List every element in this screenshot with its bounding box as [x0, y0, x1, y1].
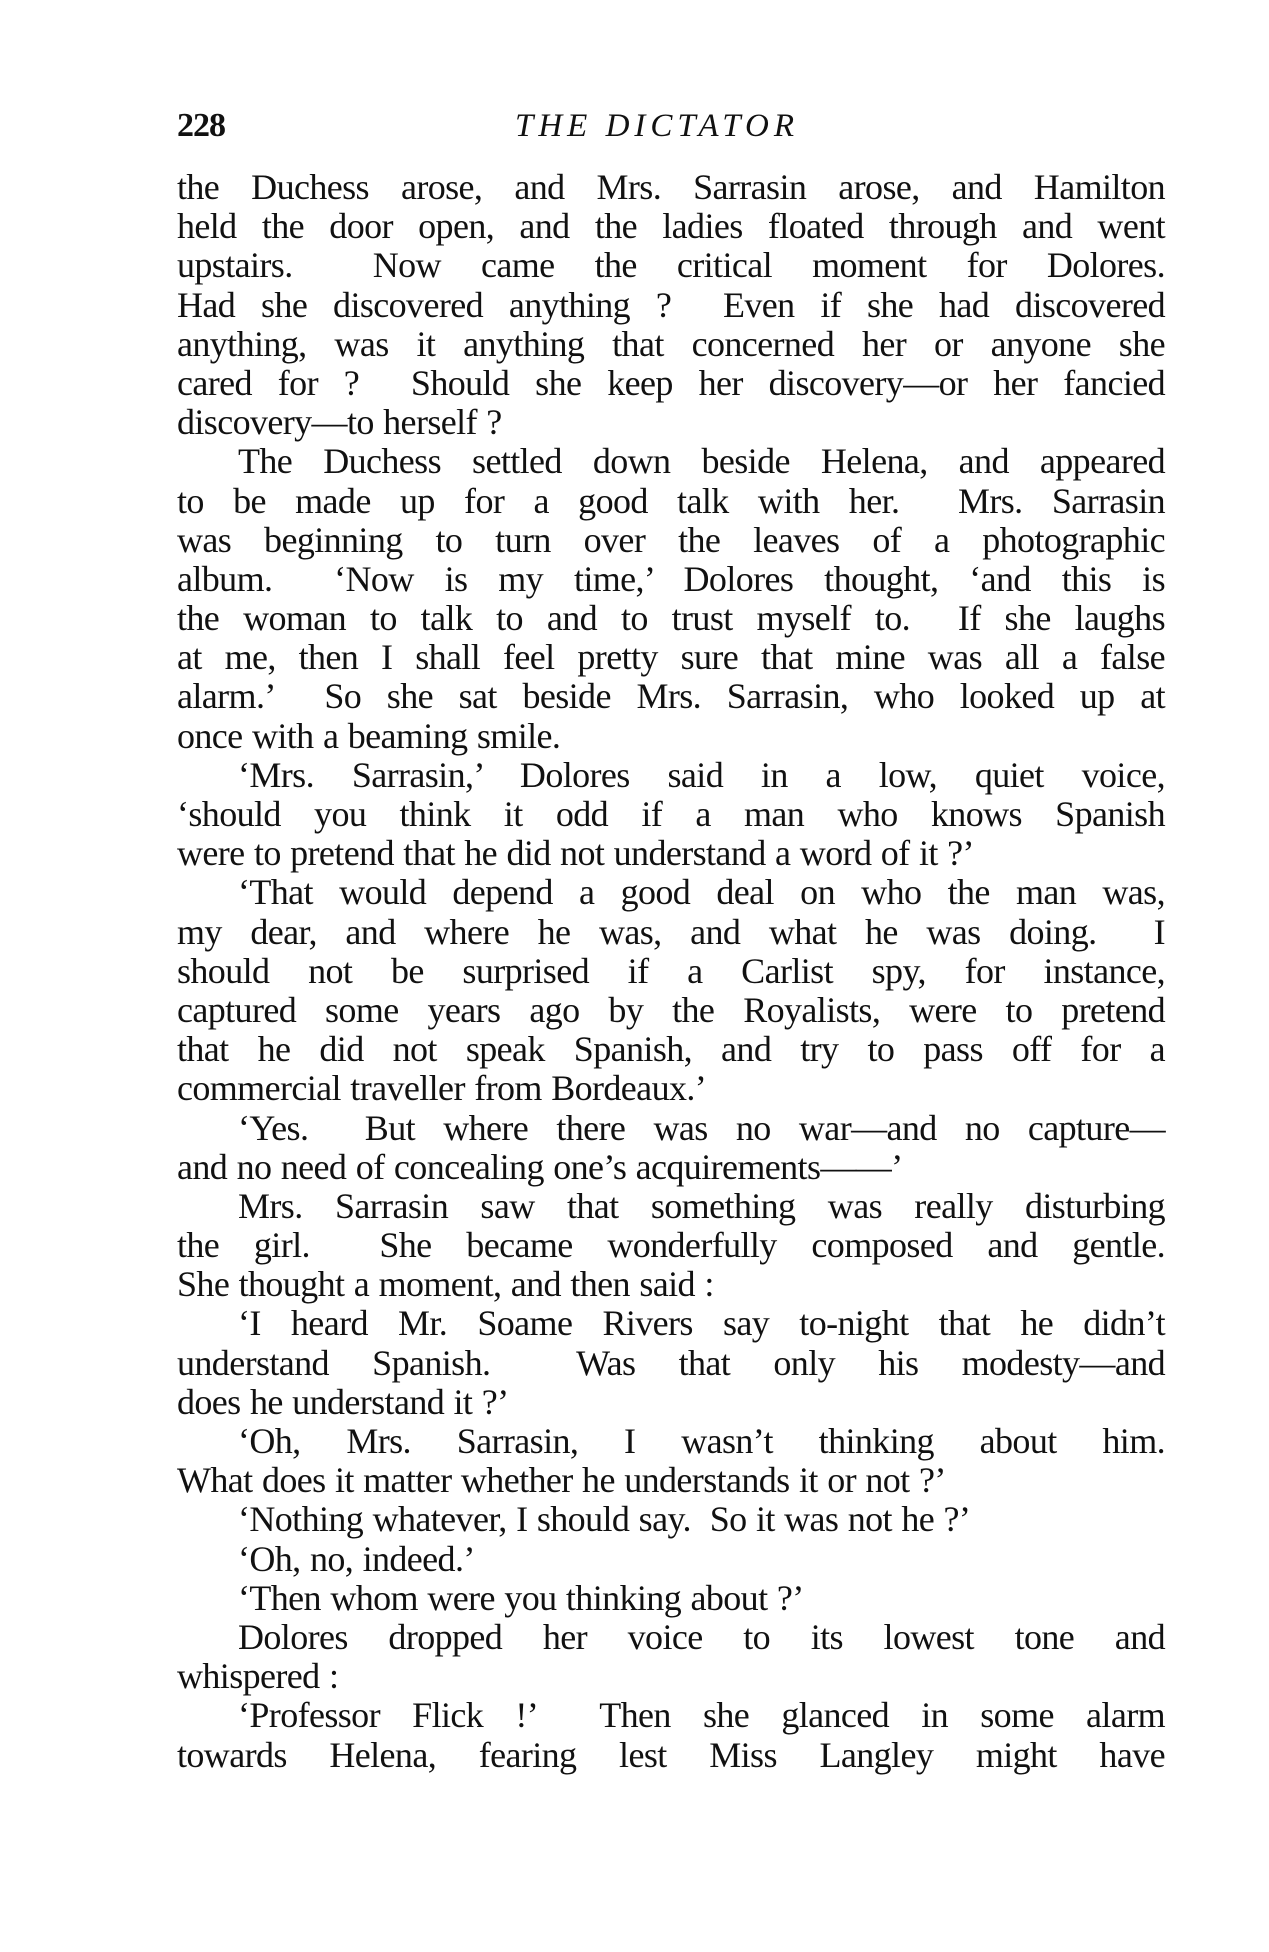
- text-line: should not be surprised if a Carlist spy…: [177, 952, 1165, 991]
- book-page: 228 THE DICTATOR the Duchess arose, and …: [0, 0, 1269, 1952]
- text-line: understand Spanish. Was that only his mo…: [177, 1344, 1165, 1383]
- text-line: alarm.’ So she sat beside Mrs. Sarrasin,…: [177, 677, 1165, 716]
- text-line: my dear, and where he was, and what he w…: [177, 913, 1165, 952]
- text-line: to be made up for a good talk with her. …: [177, 482, 1165, 521]
- text-line: ‘Professor Flick !’ Then she glanced in …: [177, 1696, 1165, 1735]
- text-line: album. ‘Now is my time,’ Dolores thought…: [177, 560, 1165, 599]
- text-line: captured some years ago by the Royalists…: [177, 991, 1165, 1030]
- text-line: discovery—to herself ?: [177, 403, 1165, 442]
- running-title: THE DICTATOR: [515, 104, 799, 148]
- text-line: ‘Oh, no, indeed.’: [177, 1540, 1165, 1579]
- text-line: upstairs. Now came the critical moment f…: [177, 246, 1165, 285]
- text-line: cared for ? Should she keep her discover…: [177, 364, 1165, 403]
- text-line: anything, was it anything that concerned…: [177, 325, 1165, 364]
- text-line: the girl. She became wonderfully compose…: [177, 1226, 1165, 1265]
- text-line: Had she discovered anything ? Even if sh…: [177, 286, 1165, 325]
- body-text: the Duchess arose, and Mrs. Sarrasin aro…: [177, 168, 1165, 1775]
- text-line: Mrs. Sarrasin saw that something was rea…: [177, 1187, 1165, 1226]
- text-line: ‘Then whom were you thinking about ?’: [177, 1579, 1165, 1618]
- text-line: ‘Nothing whatever, I should say. So it w…: [177, 1500, 1165, 1539]
- running-head: 228 THE DICTATOR: [177, 104, 1165, 148]
- text-line: What does it matter whether he understan…: [177, 1461, 1165, 1500]
- text-line: were to pretend that he did not understa…: [177, 834, 1165, 873]
- text-line: and no need of concealing one’s acquirem…: [177, 1148, 1165, 1187]
- text-line: ‘Mrs. Sarrasin,’ Dolores said in a low, …: [177, 756, 1165, 795]
- text-line: the Duchess arose, and Mrs. Sarrasin aro…: [177, 168, 1165, 207]
- text-line: held the door open, and the ladies float…: [177, 207, 1165, 246]
- text-line: ‘should you think it odd if a man who kn…: [177, 795, 1165, 834]
- text-line: ‘Oh, Mrs. Sarrasin, I wasn’t thinking ab…: [177, 1422, 1165, 1461]
- text-line: She thought a moment, and then said :: [177, 1265, 1165, 1304]
- text-line: ‘I heard Mr. Soame Rivers say to-night t…: [177, 1304, 1165, 1343]
- text-line: once with a beaming smile.: [177, 717, 1165, 756]
- text-line: The Duchess settled down beside Helena, …: [177, 442, 1165, 481]
- text-line: that he did not speak Spanish, and try t…: [177, 1030, 1165, 1069]
- text-line: towards Helena, fearing lest Miss Langle…: [177, 1736, 1165, 1775]
- text-line: ‘That would depend a good deal on who th…: [177, 873, 1165, 912]
- text-line: does he understand it ?’: [177, 1383, 1165, 1422]
- text-line: whispered :: [177, 1657, 1165, 1696]
- text-line: commercial traveller from Bordeaux.’: [177, 1069, 1165, 1108]
- text-line: at me, then I shall feel pretty sure tha…: [177, 638, 1165, 677]
- text-line: was beginning to turn over the leaves of…: [177, 521, 1165, 560]
- page-number: 228: [177, 104, 225, 148]
- text-line: the woman to talk to and to trust myself…: [177, 599, 1165, 638]
- text-line: Dolores dropped her voice to its lowest …: [177, 1618, 1165, 1657]
- text-line: ‘Yes. But where there was no war—and no …: [177, 1109, 1165, 1148]
